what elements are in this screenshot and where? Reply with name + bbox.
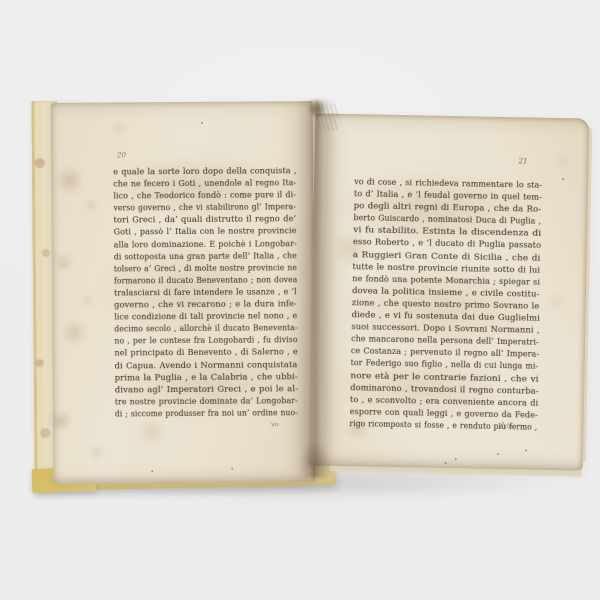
foxing-spot xyxy=(55,167,83,195)
speck xyxy=(455,458,457,460)
left-text-block: e quale la sorte loro dopo della conquis… xyxy=(113,165,298,420)
left-page-number: 20 xyxy=(117,151,126,159)
left-page: 20 e quale la sorte loro dopo della conq… xyxy=(51,101,316,484)
right-page: 21 vo di cose , si richiedeva rammentare… xyxy=(309,113,590,470)
speck xyxy=(562,178,564,180)
foxing-spot xyxy=(548,294,564,310)
speck xyxy=(525,449,527,451)
foxing-spot xyxy=(85,200,97,212)
right-text-block: vo di cose , si richiedeva rammentare lo… xyxy=(349,176,542,434)
foxing-spot xyxy=(50,410,72,432)
foxing-spot xyxy=(135,416,167,448)
foxing-spot xyxy=(556,156,568,168)
photo-background: 20 e quale la sorte loro dopo della conq… xyxy=(0,0,600,600)
speck xyxy=(231,468,233,470)
foxing-spot xyxy=(111,120,127,136)
foxing-spot xyxy=(90,446,104,460)
open-book: 20 e quale la sorte loro dopo della conq… xyxy=(0,0,600,600)
right-catchword: e do- xyxy=(499,423,514,430)
speck xyxy=(151,470,153,472)
foxing-spot xyxy=(55,254,73,272)
speck xyxy=(201,122,203,124)
speck xyxy=(445,462,447,464)
right-page-number: 21 xyxy=(518,157,527,165)
foxing-spot xyxy=(61,320,87,346)
left-catchword: vo xyxy=(271,420,279,428)
text-line: di ; siccome produsser fra noi un’ ordin… xyxy=(115,407,298,420)
foxing-spot xyxy=(83,296,93,306)
speck xyxy=(497,453,499,455)
